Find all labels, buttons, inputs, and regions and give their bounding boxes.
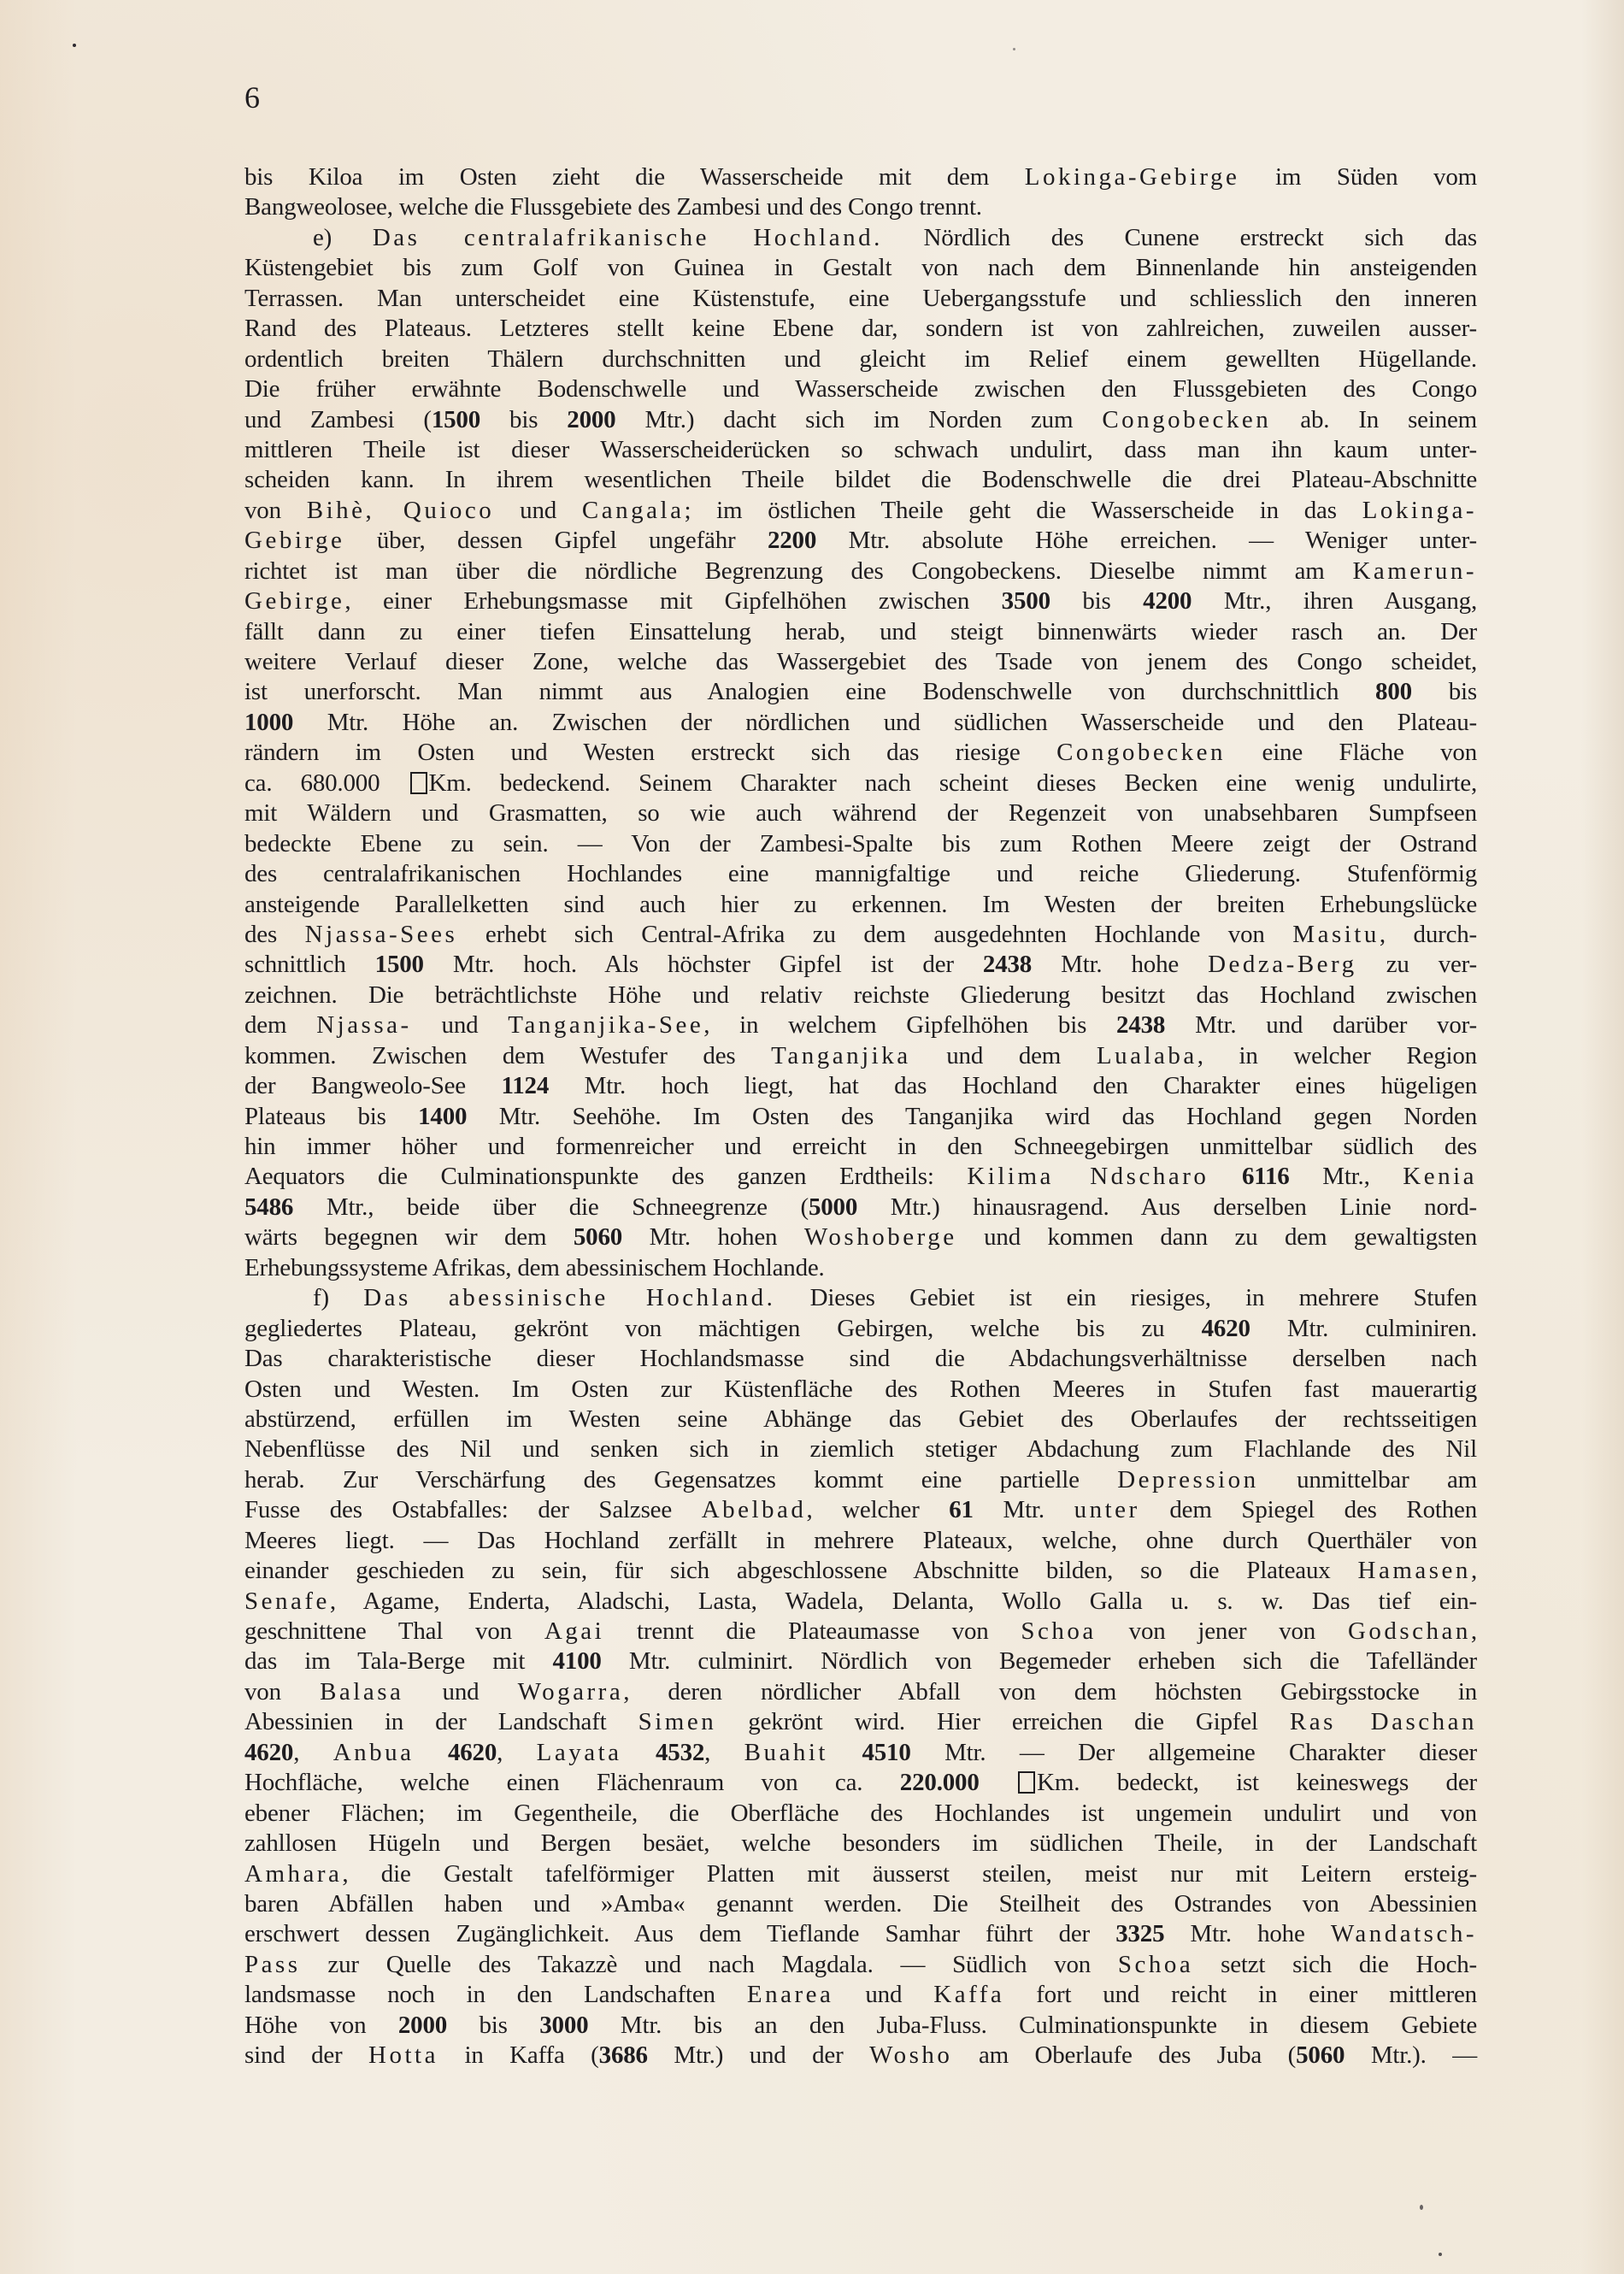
text-segment: Mtr. hohen <box>622 1223 804 1251</box>
paper-speck <box>1420 2205 1423 2210</box>
text-segment: bis <box>480 406 567 433</box>
text-segment: ca. 680.000 <box>244 769 409 797</box>
text-line: rändern im Osten und Westen erstreckt si… <box>244 738 1477 768</box>
text-segment: unmittelbar am <box>1259 1466 1477 1493</box>
spaced-emphasis-text: Wandatsch- <box>1331 1920 1477 1947</box>
paper-speck <box>1013 48 1015 50</box>
text-line: ist unerforscht. Man nimmt aus Analogien… <box>244 677 1477 707</box>
text-line: das im Tala-Berge mit 4100 Mtr. culminir… <box>244 1647 1477 1676</box>
text-segment: Nördlich des Cunene erstreckt sich das <box>883 224 1477 251</box>
spaced-emphasis-text: Congobecken <box>1056 739 1226 766</box>
text-segment: herab. Zur Verschärfung des Gegensatzes … <box>244 1466 1117 1493</box>
number-text: 1500 <box>375 951 424 978</box>
spaced-emphasis-text: Layata <box>537 1739 622 1766</box>
spaced-emphasis-text: unter <box>1074 1496 1140 1523</box>
text-segment: im Süden vom <box>1239 163 1477 191</box>
text-line: landsmasse noch in den Landschaften Enar… <box>244 1980 1477 2010</box>
spaced-emphasis-text: Kilima Ndscharo <box>967 1163 1209 1190</box>
number-text: 2438 <box>983 951 1032 978</box>
text-segment: sind der <box>244 2041 368 2069</box>
text-segment: Mtr. absolute Höhe erreichen. — Weniger … <box>816 527 1477 554</box>
text-line: ordentlich breiten Thälern durchschnitte… <box>244 345 1477 374</box>
text-line: von Bihè, Quioco und Cangala; im östlich… <box>244 496 1477 526</box>
text-line: ansteigende Parallelketten sind auch hie… <box>244 890 1477 920</box>
text-segment <box>828 1739 862 1766</box>
text-segment: in Kaffa ( <box>438 2041 599 2069</box>
text-line: Senafe, Agame, Enderta, Aladschi, Lasta,… <box>244 1587 1477 1617</box>
number-text: 1000 <box>244 709 293 736</box>
text-segment <box>1209 1163 1242 1190</box>
spaced-emphasis-text: Senafe <box>244 1588 330 1615</box>
text-line: 1000 Mtr. Höhe an. Zwischen der nördlich… <box>244 708 1477 738</box>
text-segment: der Bangweolo-See <box>244 1072 502 1099</box>
number-text: 1400 <box>418 1103 467 1130</box>
text-segment: Fusse des Ostabfalles: der Salzsee <box>244 1496 702 1523</box>
text-segment: , einer Erhebungsmasse mit Gipfelhöhen z… <box>344 587 1001 615</box>
spaced-emphasis-text: Abelbad <box>702 1496 807 1523</box>
number-text: 4200 <box>1143 587 1192 615</box>
number-text: 4532 <box>656 1739 704 1766</box>
text-segment: von jener von <box>1097 1617 1348 1645</box>
text-segment: , <box>1471 1557 1477 1584</box>
text-segment: Mtr. und darüber vor- <box>1165 1011 1477 1039</box>
number-text: 5486 <box>244 1193 293 1221</box>
text-line: f) Das abessinische Hochland. Dieses Geb… <box>244 1283 1477 1313</box>
text-line: bis Kiloa im Osten zieht die Wasserschei… <box>244 162 1477 192</box>
text-segment: baren Abfällen haben und »Amba« genannt … <box>244 1890 1477 1918</box>
text-segment: und kommen dann zu dem gewaltigsten <box>957 1223 1477 1251</box>
text-line: Küstengebiet bis zum Golf von Guinea in … <box>244 253 1477 283</box>
text-segment: zahllosen Hügeln und Bergen besäet, welc… <box>244 1829 1477 1857</box>
body-text: bis Kiloa im Osten zieht die Wasserschei… <box>244 162 1477 2071</box>
spaced-emphasis-text: Hotta <box>368 2041 438 2069</box>
text-line: Pass zur Quelle des Takazzè und nach Mag… <box>244 1950 1477 1980</box>
text-segment: fort und reicht in einer mittleren <box>1004 1981 1477 2008</box>
text-segment: mit Wäldern und Grasmatten, so wie auch … <box>244 799 1477 827</box>
text-segment: des centralafrikanischen Hochlandes eine… <box>244 860 1477 887</box>
text-segment: ; im östlichen Theile geht die Wassersch… <box>684 497 1362 524</box>
spaced-emphasis-text: Balasa <box>320 1678 403 1705</box>
text-segment: Mtr. hohe <box>1164 1920 1330 1947</box>
spaced-emphasis-text: Agai <box>544 1617 604 1645</box>
text-segment: Mtr. Seehöhe. Im Osten des Tanganjika wi… <box>467 1103 1477 1130</box>
text-segment: setzt sich die Hoch- <box>1193 1951 1477 1978</box>
text-segment: über, dessen Gipfel ungefähr <box>344 527 768 554</box>
text-segment: und Zambesi ( <box>244 406 432 433</box>
text-segment: bis <box>1412 678 1477 705</box>
text-line: Rand des Plateaus. Letzteres stellt kein… <box>244 314 1477 344</box>
text-segment: Mtr. hoch. Als höchster Gipfel ist der <box>424 951 983 978</box>
spaced-emphasis-text: Hamasen <box>1358 1557 1471 1584</box>
text-segment: , in welcher Region <box>1197 1042 1477 1069</box>
text-segment: ist unerforscht. Man nimmt aus Analogien… <box>244 678 1375 705</box>
text-segment: und dem <box>911 1042 1097 1069</box>
text-segment: am Oberlaufe des Juba ( <box>952 2041 1296 2069</box>
text-line: von Balasa und Wogarra, deren nördlicher… <box>244 1677 1477 1707</box>
text-segment <box>980 1769 1017 1796</box>
text-line: fällt dann zu einer tiefen Einsattelung … <box>244 617 1477 647</box>
text-line: und Zambesi (1500 bis 2000 Mtr.) dacht s… <box>244 405 1477 435</box>
text-segment: , Agame, Enderta, Aladschi, Lasta, Wadel… <box>330 1588 1477 1615</box>
number-text: 6116 <box>1242 1163 1290 1190</box>
text-line: geschnittene Thal von Agai trennt die Pl… <box>244 1617 1477 1647</box>
text-line: ebener Flächen; im Gegentheile, die Ober… <box>244 1799 1477 1829</box>
text-line: herab. Zur Verschärfung des Gegensatzes … <box>244 1465 1477 1495</box>
text-segment: , <box>704 1739 744 1766</box>
number-text: 3325 <box>1115 1920 1164 1947</box>
square-kilometer-symbol-icon <box>410 772 427 794</box>
text-segment: Bangweolosee, welche die Flussgebiete de… <box>244 193 982 221</box>
text-segment: eine Fläche von <box>1226 739 1477 766</box>
spaced-emphasis-text: Enarea <box>747 1981 834 2008</box>
text-line: mit Wäldern und Grasmatten, so wie auch … <box>244 798 1477 828</box>
spaced-emphasis-text: Das centralafrikanische Hochland. <box>373 224 883 251</box>
text-line: einander geschieden zu sein, für sich ab… <box>244 1556 1477 1586</box>
spaced-emphasis-text: Godschan <box>1348 1617 1471 1645</box>
text-segment: ebener Flächen; im Gegentheile, die Ober… <box>244 1800 1477 1827</box>
spaced-emphasis-text: Tanganjika <box>771 1042 910 1069</box>
text-line: erschwert dessen Zugänglichkeit. Aus dem… <box>244 1919 1477 1949</box>
spaced-emphasis-text: Kaffa <box>933 1981 1004 2008</box>
text-line: scheiden kann. In ihrem wesentlichen The… <box>244 465 1477 495</box>
text-segment: Osten und Westen. Im Osten zur Küstenflä… <box>244 1376 1477 1403</box>
text-line: weitere Verlauf dieser Zone, welche das … <box>244 647 1477 677</box>
spaced-emphasis-text: Lualaba <box>1097 1042 1197 1069</box>
text-segment: mittleren Theile ist dieser Wasserscheid… <box>244 436 1477 463</box>
text-segment: Mtr. bis an den Juba-Fluss. Culminations… <box>588 2012 1477 2039</box>
text-line: Höhe von 2000 bis 3000 Mtr. bis an den J… <box>244 2011 1477 2041</box>
spaced-emphasis-text: Bihè, Quioco <box>307 497 494 524</box>
spaced-emphasis-text: Amhara <box>244 1860 342 1888</box>
text-segment: Das charakteristische dieser Hochlandsma… <box>244 1345 1477 1372</box>
text-segment: von <box>244 1678 320 1705</box>
number-text: 2000 <box>567 406 615 433</box>
text-line: zahllosen Hügeln und Bergen besäet, welc… <box>244 1829 1477 1859</box>
number-text: 4100 <box>552 1647 601 1675</box>
text-line: Amhara, die Gestalt tafelförmiger Platte… <box>244 1859 1477 1889</box>
number-text: 1124 <box>502 1072 550 1099</box>
text-segment: erhebt sich Central-Afrika zu dem ausged… <box>457 921 1292 948</box>
text-segment: trennt die Plateaumasse von <box>604 1617 1021 1645</box>
text-segment: Rand des Plateaus. Letzteres stellt kein… <box>244 315 1477 342</box>
text-segment: bedeckte Ebene zu sein. — Von der Zambes… <box>244 830 1477 857</box>
text-segment: rändern im Osten und Westen erstreckt si… <box>244 739 1056 766</box>
square-kilometer-symbol-icon <box>1018 1771 1035 1794</box>
text-line: e) Das centralafrikanische Hochland. Nör… <box>244 223 1477 253</box>
text-line: Bangweolosee, welche die Flussgebiete de… <box>244 192 1477 222</box>
text-line: 4620, Anbua 4620, Layata 4532, Buahit 45… <box>244 1738 1477 1768</box>
text-line: baren Abfällen haben und »Amba« genannt … <box>244 1889 1477 1919</box>
number-text: 4620 <box>448 1739 497 1766</box>
paper-speck <box>73 44 76 47</box>
text-segment: zu ver- <box>1357 951 1477 978</box>
text-segment <box>415 1739 448 1766</box>
text-line: Osten und Westen. Im Osten zur Küstenflä… <box>244 1375 1477 1405</box>
text-segment: bis Kiloa im Osten zieht die Wasserschei… <box>244 163 1025 191</box>
text-segment: und <box>412 1011 509 1039</box>
text-line: 5486 Mtr., beide über die Schneegrenze (… <box>244 1193 1477 1222</box>
text-line: Das charakteristische dieser Hochlandsma… <box>244 1344 1477 1374</box>
text-segment: gegliedertes Plateau, gekrönt von mächti… <box>244 1315 1202 1342</box>
spaced-emphasis-text: Wosho <box>869 2041 952 2069</box>
text-segment: ordentlich breiten Thälern durchschnitte… <box>244 345 1477 373</box>
spaced-emphasis-text: Njassa- <box>316 1011 411 1039</box>
text-line: mittleren Theile ist dieser Wasserscheid… <box>244 435 1477 465</box>
text-segment: Hochfläche, welche einen Flächenraum von… <box>244 1769 900 1796</box>
text-segment: und <box>494 497 582 524</box>
text-segment: Mtr.) und der <box>648 2041 869 2069</box>
text-segment: Km. bedeckend. Seinem Charakter nach sch… <box>429 769 1478 797</box>
text-segment: Mtr. Höhe an. Zwischen der nördlichen un… <box>293 709 1477 736</box>
text-segment: bis <box>1050 587 1143 615</box>
text-segment: Mtr. hohe <box>1032 951 1208 978</box>
text-segment: , die Gestalt tafelförmiger Platten mit … <box>342 1860 1477 1888</box>
text-segment: von <box>244 497 307 524</box>
text-segment: , <box>293 1739 332 1766</box>
spaced-emphasis-text: Masitu <box>1292 921 1380 948</box>
text-segment: geschnittene Thal von <box>244 1617 544 1645</box>
text-segment: Mtr.) dacht sich im Norden zum <box>615 406 1102 433</box>
spaced-emphasis-text: Dedza-Berg <box>1208 951 1357 978</box>
text-line: abstürzend, erfüllen im Westen seine Abh… <box>244 1405 1477 1435</box>
text-segment: Höhe von <box>244 2012 398 2039</box>
text-segment: wärts begegnen wir dem <box>244 1223 574 1251</box>
text-line: Hochfläche, welche einen Flächenraum von… <box>244 1768 1477 1798</box>
text-segment: gekrönt wird. Hier erreichen die Gipfel <box>716 1708 1290 1735</box>
text-segment: Mtr. <box>974 1496 1074 1523</box>
text-segment: f) <box>313 1284 363 1311</box>
text-line: Aequators die Culminationspunkte des gan… <box>244 1162 1477 1192</box>
text-segment: Aequators die Culminationspunkte des gan… <box>244 1163 967 1190</box>
text-segment: , <box>1471 1617 1477 1645</box>
number-text: 3686 <box>599 2041 648 2069</box>
text-line: des centralafrikanischen Hochlandes eine… <box>244 859 1477 889</box>
text-segment: scheiden kann. In ihrem wesentlichen The… <box>244 466 1477 493</box>
text-segment: Dieses Gebiet ist ein riesiges, in mehre… <box>775 1284 1477 1311</box>
text-line: Die früher erwähnte Bodenschwelle und Wa… <box>244 374 1477 404</box>
number-text: 4620 <box>1202 1315 1250 1342</box>
text-segment: einander geschieden zu sein, für sich ab… <box>244 1557 1358 1584</box>
text-segment: Die früher erwähnte Bodenschwelle und Wa… <box>244 375 1477 403</box>
text-segment: Mtr.). — <box>1345 2041 1477 2069</box>
text-line: kommen. Zwischen dem Westufer des Tangan… <box>244 1041 1477 1071</box>
text-segment: , deren nördlicher Abfall von dem höchst… <box>623 1678 1477 1705</box>
text-segment <box>622 1739 656 1766</box>
number-text: 1500 <box>432 406 480 433</box>
spaced-emphasis-text: Kamerun- <box>1352 557 1477 585</box>
text-segment: hin immer höher und formenreicher und er… <box>244 1133 1477 1160</box>
text-line: Gebirge über, dessen Gipfel ungefähr 220… <box>244 526 1477 556</box>
text-line: gegliedertes Plateau, gekrönt von mächti… <box>244 1314 1477 1344</box>
spaced-emphasis-text: Woshoberge <box>804 1223 957 1251</box>
text-line: Gebirge, einer Erhebungsmasse mit Gipfel… <box>244 586 1477 616</box>
number-text: 5060 <box>1296 2041 1345 2069</box>
number-text: 5060 <box>574 1223 622 1251</box>
number-text: 4510 <box>862 1739 910 1766</box>
text-line: Meeres liegt. — Das Hochland zerfällt in… <box>244 1526 1477 1556</box>
number-text: 61 <box>949 1496 974 1523</box>
text-line: richtet ist man über die nördliche Begre… <box>244 557 1477 586</box>
text-segment: weitere Verlauf dieser Zone, welche das … <box>244 648 1477 675</box>
spaced-emphasis-text: Gebirge <box>244 527 344 554</box>
text-segment: des <box>244 921 305 948</box>
text-line: sind der Hotta in Kaffa (3686 Mtr.) und … <box>244 2041 1477 2071</box>
text-segment: Erhebungssysteme Afrikas, dem abessinisc… <box>244 1254 825 1281</box>
text-line: Abessinien in der Landschaft Simen gekrö… <box>244 1707 1477 1737</box>
text-segment: das im Tala-Berge mit <box>244 1647 552 1675</box>
spaced-emphasis-text: Njassa-Sees <box>305 921 458 948</box>
text-segment: Mtr. culminiren. <box>1250 1315 1477 1342</box>
text-segment: Mtr., beide über die Schneegrenze ( <box>293 1193 809 1221</box>
text-segment: Küstengebiet bis zum Golf von Guinea in … <box>244 254 1477 281</box>
text-segment: , in welchem Gipfelhöhen bis <box>703 1011 1116 1039</box>
text-segment: kommen. Zwischen dem Westufer des <box>244 1042 771 1069</box>
text-line: zeichnen. Die beträchtlichste Höhe und r… <box>244 981 1477 1010</box>
text-line: wärts begegnen wir dem 5060 Mtr. hohen W… <box>244 1222 1477 1252</box>
text-segment: , welcher <box>806 1496 949 1523</box>
text-segment: , durch- <box>1380 921 1477 948</box>
text-segment: bis <box>447 2012 539 2039</box>
number-text: 2438 <box>1116 1011 1165 1039</box>
text-segment: erschwert dessen Zugänglichkeit. Aus dem… <box>244 1920 1115 1947</box>
spaced-emphasis-text: Ras Daschan <box>1290 1708 1477 1735</box>
number-text: 2000 <box>398 2012 447 2039</box>
text-segment: landsmasse noch in den Landschaften <box>244 1981 747 2008</box>
text-line: schnittlich 1500 Mtr. hoch. Als höchster… <box>244 950 1477 980</box>
spaced-emphasis-text: Lokinga- <box>1362 497 1477 524</box>
text-segment: Mtr., ihren Ausgang, <box>1192 587 1477 615</box>
spaced-emphasis-text: Congobecken <box>1102 406 1271 433</box>
number-text: 800 <box>1375 678 1412 705</box>
text-segment: e) <box>313 224 373 251</box>
text-segment: Km. bedeckt, ist keineswegs der <box>1037 1769 1477 1796</box>
text-segment: Plateaus bis <box>244 1103 418 1130</box>
text-segment: Terrassen. Man unterscheidet eine Küsten… <box>244 285 1477 312</box>
spaced-emphasis-text: Depression <box>1117 1466 1258 1493</box>
text-line: bedeckte Ebene zu sein. — Von der Zambes… <box>244 829 1477 859</box>
text-segment: fällt dann zu einer tiefen Einsattelung … <box>244 618 1477 645</box>
text-line: des Njassa-Sees erhebt sich Central-Afri… <box>244 920 1477 950</box>
text-segment: Mtr. — Der allgemeine Charakter dieser <box>911 1739 1477 1766</box>
text-segment: zeichnen. Die beträchtlichste Höhe und r… <box>244 981 1477 1009</box>
number-text: 220.000 <box>900 1769 980 1796</box>
text-segment: ab. In seinem <box>1271 406 1477 433</box>
text-line: Plateaus bis 1400 Mtr. Seehöhe. Im Osten… <box>244 1102 1477 1132</box>
text-segment: Mtr. hoch liegt, hat das Hochland den Ch… <box>549 1072 1477 1099</box>
text-segment: Mtr. culminirt. Nördlich von Begemeder e… <box>602 1647 1477 1675</box>
text-line: Erhebungssysteme Afrikas, dem abessinisc… <box>244 1253 1477 1283</box>
number-text: 2200 <box>768 527 816 554</box>
text-line: Terrassen. Man unterscheidet eine Küsten… <box>244 284 1477 314</box>
text-segment: Meeres liegt. — Das Hochland zerfällt in… <box>244 1527 1477 1554</box>
text-line: dem Njassa- und Tanganjika-See, in welch… <box>244 1010 1477 1040</box>
text-segment: und <box>833 1981 933 2008</box>
text-segment: , <box>497 1739 536 1766</box>
text-line: ca. 680.000 Km. bedeckend. Seinem Charak… <box>244 769 1477 798</box>
text-line: Fusse des Ostabfalles: der Salzsee Abelb… <box>244 1495 1477 1525</box>
text-segment: richtet ist man über die nördliche Begre… <box>244 557 1352 585</box>
text-segment: ansteigende Parallelketten sind auch hie… <box>244 891 1477 918</box>
number-text: 3500 <box>1002 587 1050 615</box>
number-text: 5000 <box>809 1193 857 1221</box>
text-segment: zur Quelle des Takazzè und nach Magdala.… <box>301 1951 1118 1978</box>
page-number: 6 <box>244 82 260 113</box>
text-segment: und <box>403 1678 517 1705</box>
spaced-emphasis-text: Tanganjika-See <box>508 1011 703 1039</box>
number-text: 3000 <box>539 2012 588 2039</box>
paper-speck <box>1439 2253 1442 2256</box>
text-line: der Bangweolo-See 1124 Mtr. hoch liegt, … <box>244 1071 1477 1101</box>
spaced-emphasis-text: Schoa <box>1021 1617 1096 1645</box>
number-text: 4620 <box>244 1739 293 1766</box>
spaced-emphasis-text: Wogarra <box>518 1678 624 1705</box>
text-segment: dem <box>244 1011 316 1039</box>
text-segment: Mtr., <box>1290 1163 1403 1190</box>
spaced-emphasis-text: Simen <box>638 1708 717 1735</box>
spaced-emphasis-text: Anbua <box>333 1739 415 1766</box>
text-segment: schnittlich <box>244 951 375 978</box>
spaced-emphasis-text: Lokinga-Gebirge <box>1025 163 1240 191</box>
spaced-emphasis-text: Pass <box>244 1951 301 1978</box>
text-segment: Nebenflüsse des Nil und senken sich in z… <box>244 1435 1477 1463</box>
spaced-emphasis-text: Das abessinische Hochland. <box>363 1284 775 1311</box>
spaced-emphasis-text: Schoa <box>1118 1951 1193 1978</box>
text-line: Nebenflüsse des Nil und senken sich in z… <box>244 1435 1477 1464</box>
text-line: hin immer höher und formenreicher und er… <box>244 1132 1477 1162</box>
spaced-emphasis-text: Buahit <box>744 1739 828 1766</box>
text-segment: Mtr.) hinausragend. Aus derselben Linie … <box>857 1193 1477 1221</box>
spaced-emphasis-text: Cangala <box>582 497 685 524</box>
spaced-emphasis-text: Gebirge <box>244 587 344 615</box>
text-segment: dem Spiegel des Rothen <box>1140 1496 1477 1523</box>
text-segment: abstürzend, erfüllen im Westen seine Abh… <box>244 1405 1477 1433</box>
spaced-emphasis-text: Kenia <box>1403 1163 1477 1190</box>
text-segment: Abessinien in der Landschaft <box>244 1708 638 1735</box>
